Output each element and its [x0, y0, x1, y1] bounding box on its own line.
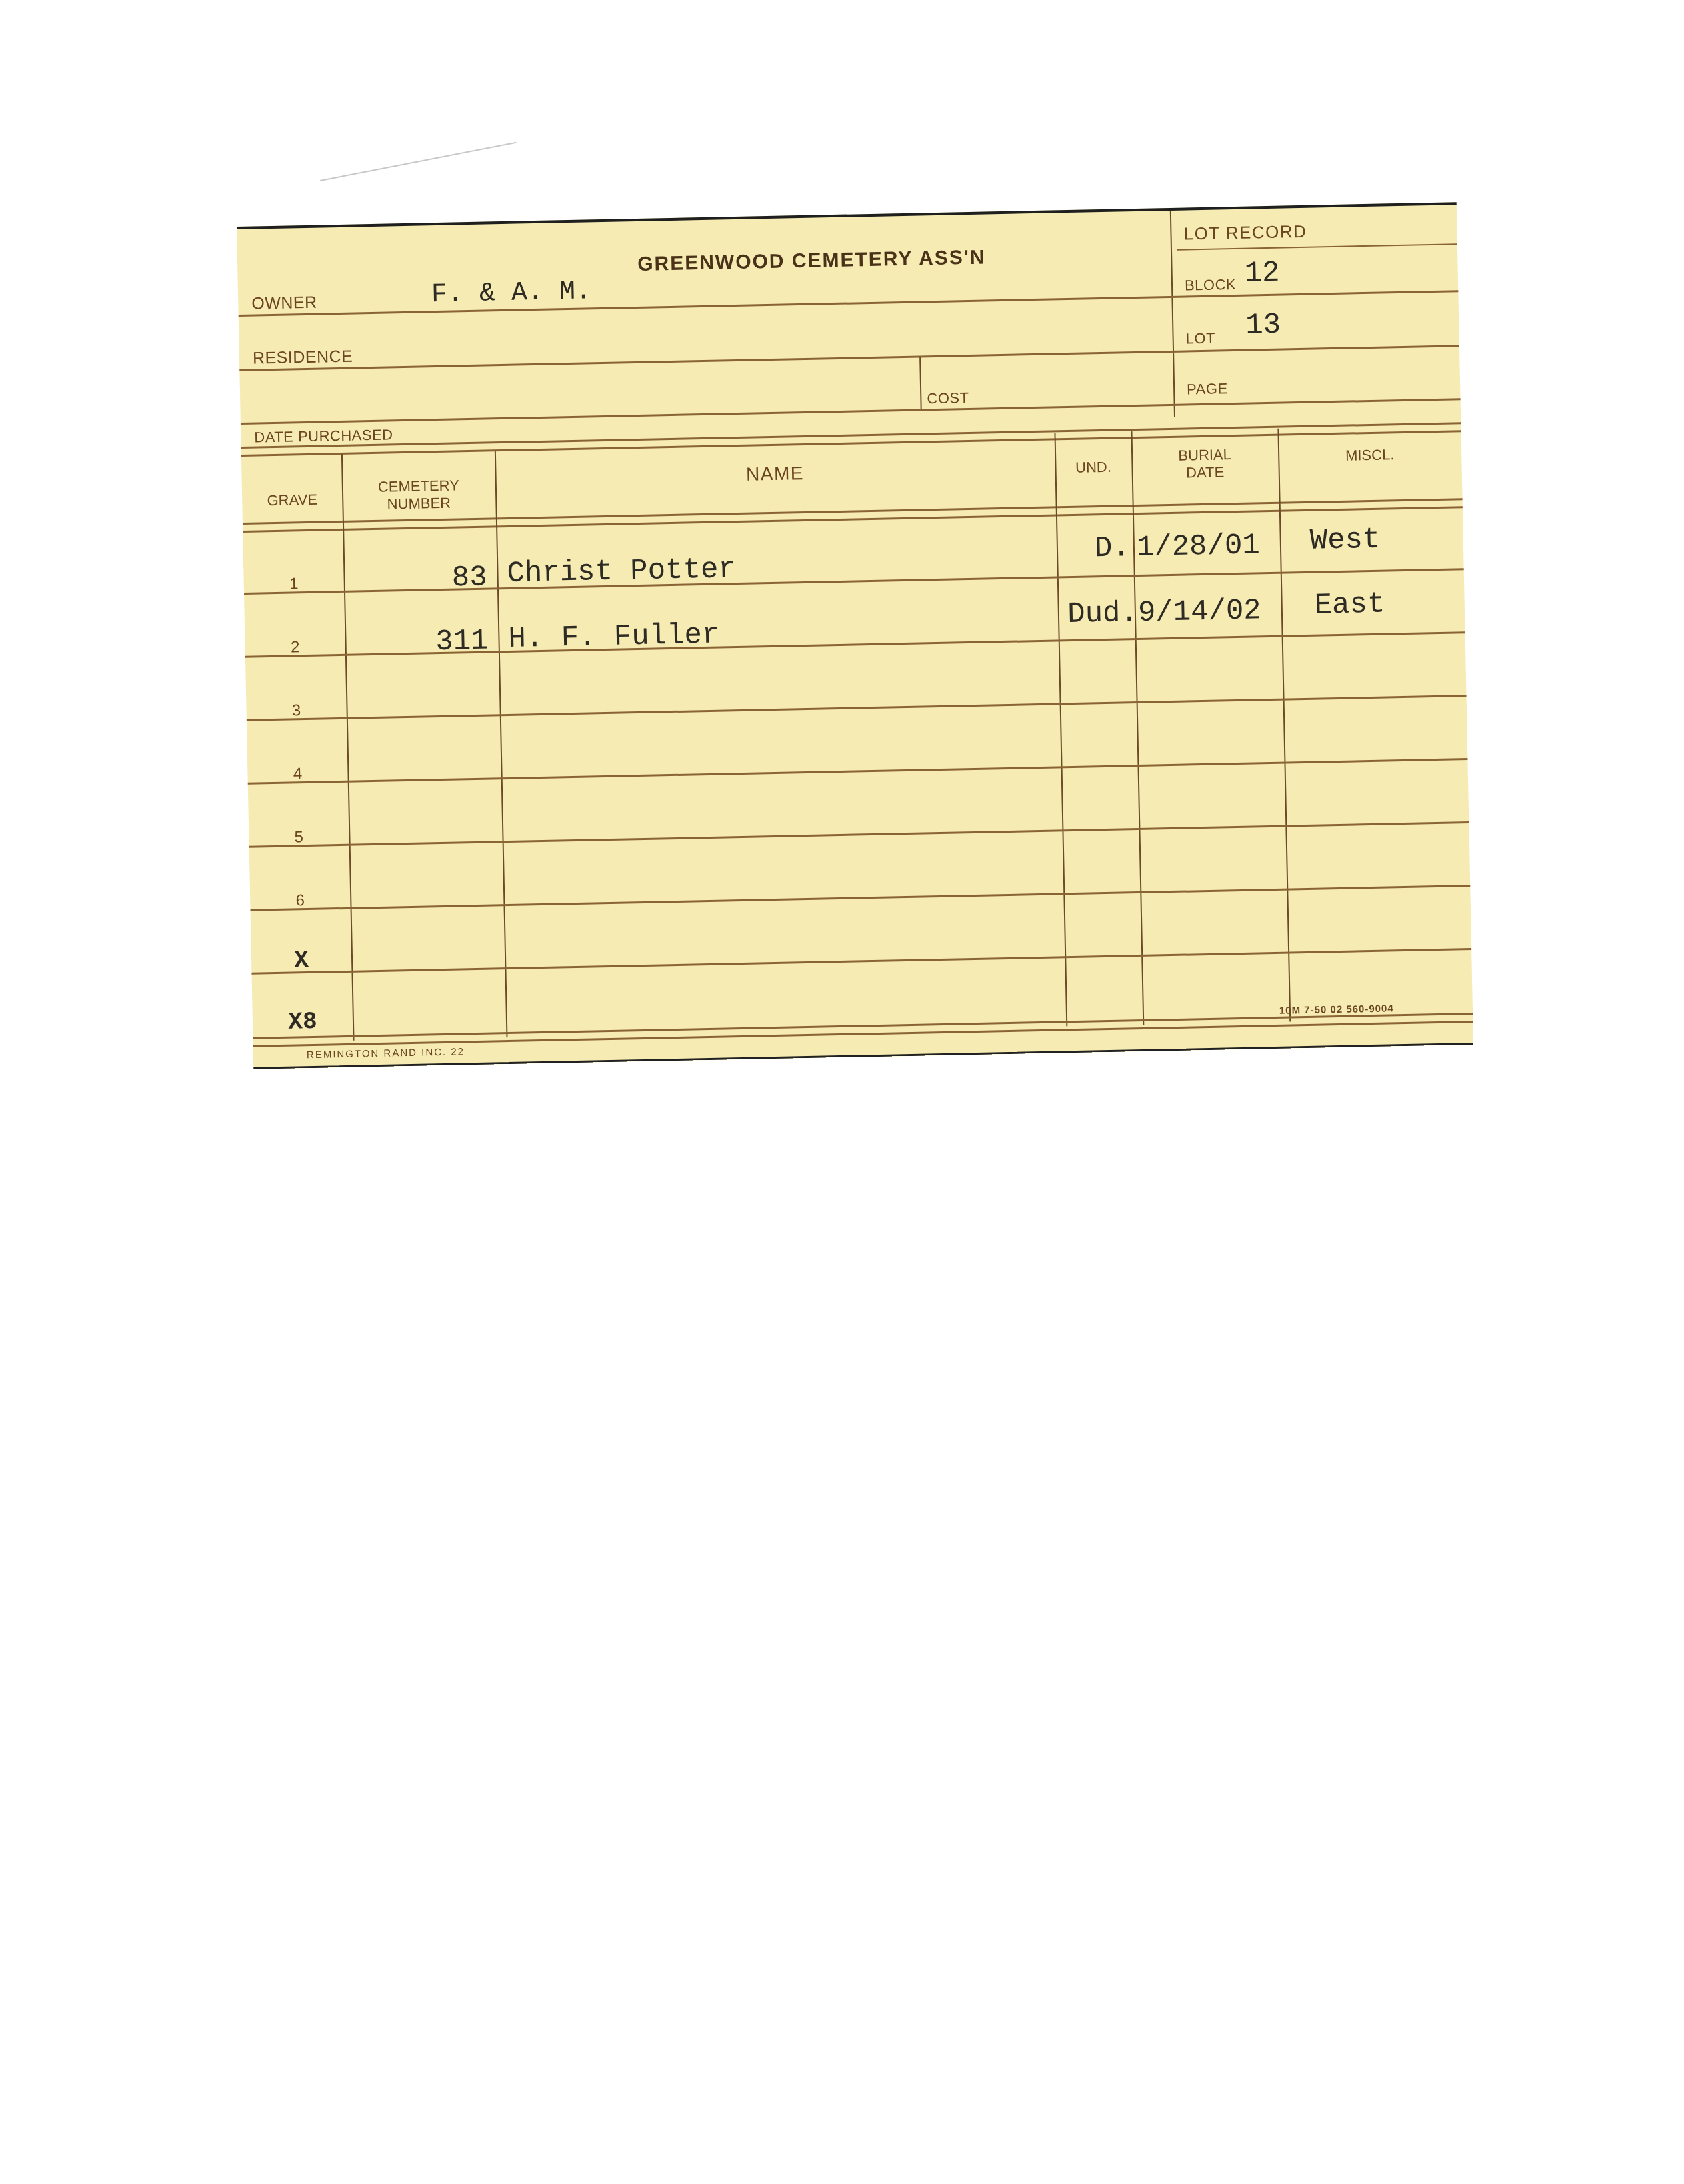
- table-bottom-double-line: [253, 1013, 1473, 1047]
- row-2-burial-date: 9/14/02: [1137, 594, 1261, 630]
- col-header-cemetery-number-line2: NUMBER: [342, 493, 495, 514]
- col-header-burial-date-line2: DATE: [1131, 463, 1278, 483]
- cost-line: [241, 398, 1461, 425]
- card-title: GREENWOOD CEMETERY ASS'N: [637, 246, 986, 275]
- footer-form-code: 10M 7-50 02 560-9004: [1279, 1003, 1394, 1016]
- cost-divider: [919, 357, 922, 410]
- lot-record-heading: LOT RECORD: [1183, 221, 1307, 245]
- lot-record-card: GREENWOOD CEMETERY ASS'N LOT RECORD BLOC…: [237, 202, 1473, 1069]
- col-header-burial-date: BURIAL DATE: [1131, 445, 1279, 483]
- col-divider-name: [1054, 433, 1067, 1026]
- row-1-burial-date: 1/28/01: [1136, 529, 1260, 565]
- owner-value: F. & A. M.: [431, 277, 592, 310]
- footer-printer-mark: REMINGTON RAND INC. 22: [307, 1046, 465, 1061]
- col-divider-cemetery-number: [495, 451, 508, 1037]
- col-divider-und: [1131, 431, 1144, 1025]
- residence-label: RESIDENCE: [253, 347, 353, 369]
- paper-scratch-mark: [320, 142, 517, 181]
- owner-label: OWNER: [251, 293, 317, 314]
- lot-record-divider: [1170, 211, 1175, 417]
- cost-label: COST: [927, 389, 969, 407]
- col-header-und: UND.: [1055, 458, 1131, 477]
- row-2-und: Dud.: [1044, 597, 1138, 632]
- col-divider-grave: [341, 454, 355, 1041]
- col-header-cemetery-number: CEMETERY NUMBER: [342, 476, 496, 514]
- page-label: PAGE: [1187, 380, 1228, 398]
- block-label: BLOCK: [1185, 276, 1237, 295]
- lot-label: LOT: [1185, 330, 1215, 348]
- row-1-und: D.: [1056, 531, 1130, 566]
- lot-record-underline: [1177, 243, 1457, 250]
- lot-value: 13: [1245, 309, 1281, 343]
- col-header-name: NAME: [495, 459, 1055, 488]
- residence-line: [239, 345, 1459, 371]
- col-divider-burial-date: [1277, 429, 1291, 1022]
- col-header-miscl: MISCL.: [1278, 445, 1461, 466]
- row-2-miscl: East: [1314, 588, 1385, 623]
- row-1-miscl: West: [1309, 523, 1381, 558]
- row-8-grave: X8: [263, 1007, 343, 1036]
- block-value: 12: [1244, 257, 1280, 291]
- col-header-grave: GRAVE: [242, 491, 342, 510]
